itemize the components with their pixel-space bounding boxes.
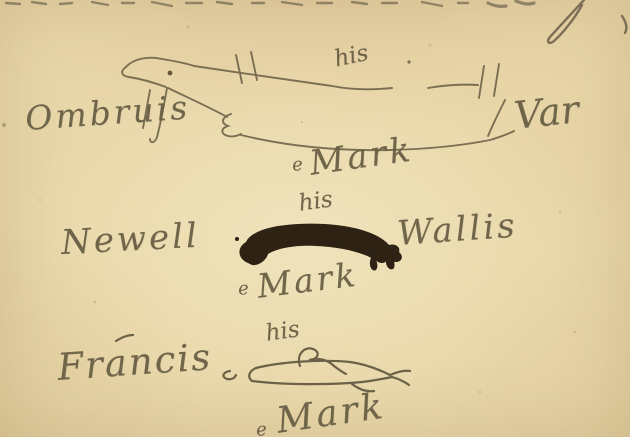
mark-flourish-row2: e bbox=[237, 278, 250, 300]
his-label-row2: his bbox=[297, 186, 334, 216]
signature-name-right-row1: Var bbox=[512, 87, 581, 138]
manuscript-scan: his Ombruis Var e Mark his Newell Wallis… bbox=[0, 0, 630, 437]
signature-name-right-row2: Wallis bbox=[396, 206, 519, 254]
signature-name-left-row2: Newell bbox=[60, 216, 201, 263]
mark-flourish-row3: e bbox=[255, 419, 268, 437]
mark-flourish-row1: e bbox=[291, 154, 304, 176]
ink-flourish-top-right bbox=[548, 0, 626, 43]
cut-off-text-top-edge bbox=[6, 1, 534, 6]
his-label-row3: his bbox=[264, 316, 301, 346]
